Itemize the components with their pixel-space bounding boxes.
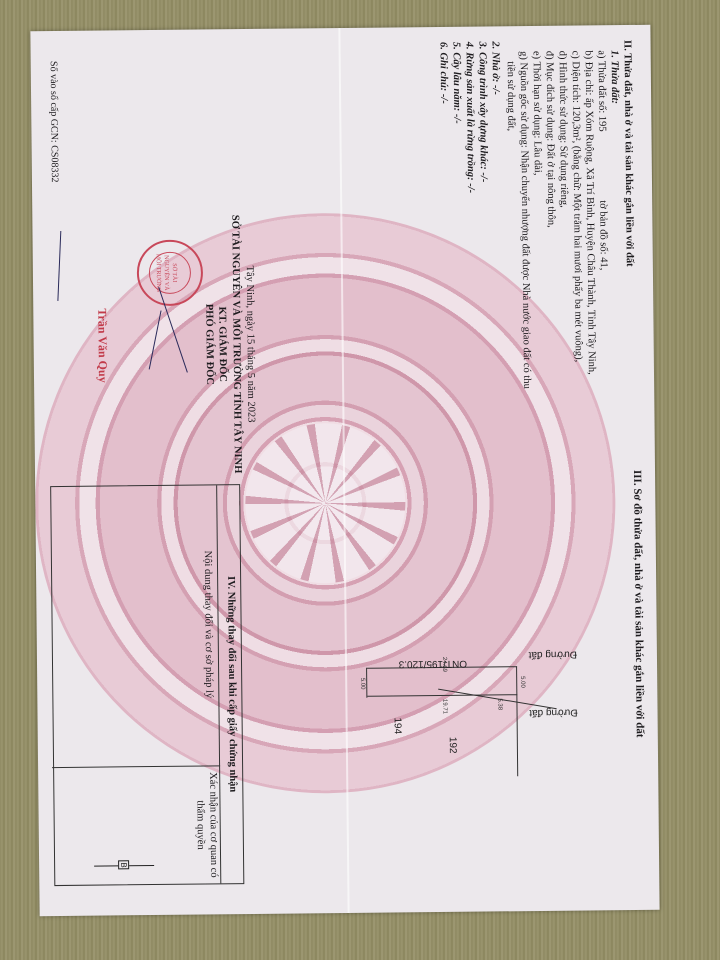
dim-side: 19.71	[441, 699, 447, 714]
parcel-bottom-edge	[366, 668, 367, 698]
perennial-item: 5. Cây lâu năm: -/-	[449, 42, 462, 124]
map-sheet-number: tờ bản đồ số: 41,	[596, 200, 609, 270]
house-item: 2. Nhà ở: -/-	[488, 41, 501, 95]
dim-end-top: 5.00	[519, 676, 525, 688]
signer-name: Trần Văn Quy	[95, 215, 110, 475]
neighbor-parcel-192: 192	[447, 737, 458, 754]
usage-purpose: đ) Mục đích sử dụng: Đất ở tại nông thôn…	[542, 51, 556, 228]
neighbor-parcel-194: 194	[392, 717, 403, 734]
section-iii-title: III. Sơ đồ thửa đất, nhà ở và tài sản kh…	[631, 470, 646, 738]
plot-map: ONT/195/120.3 Đường đất Đường đất 192 19…	[347, 645, 599, 848]
section-ii-sub1: 1. Thửa đất:	[607, 50, 620, 104]
registry-signature	[57, 231, 61, 301]
note-item: 6. Ghi chú: -/-	[436, 42, 449, 104]
parcel-top-edge	[516, 666, 518, 776]
dim-end-bottom: 5.00	[359, 678, 365, 690]
usage-term: e) Thời hạn sử dụng: Lâu dài,	[529, 51, 543, 176]
parcel-right-edge	[367, 694, 517, 697]
parcel-number: a) Thửa đất số: 195	[594, 50, 607, 131]
dim-top: 5.38	[496, 698, 502, 710]
official-stamp: SỞ TÀI NGUYÊN VÀ MÔI TRƯỜNG	[137, 239, 204, 306]
road-label-top: Đường đất	[529, 707, 577, 719]
certificate-content: II. Thửa đất, nhà ở và tài sản khác gắn …	[30, 25, 659, 916]
other-construction-item: 3. Công trình xây dựng khác: -/-	[475, 41, 489, 182]
section-ii-title: II. Thửa đất, nhà ở và tài sản khác gắn …	[620, 40, 635, 267]
forest-item: 4. Rừng sản xuất là rừng trồng: -/-	[462, 42, 476, 194]
land-certificate-sheet: II. Thửa đất, nhà ở và tài sản khác gắn …	[30, 25, 659, 916]
usage-form: d) Hình thức sử dụng: Sử dụng riêng,	[555, 51, 569, 208]
road-label-right: Đường đất	[529, 649, 577, 661]
usage-origin-cont: tiền sử dụng đất,	[503, 61, 516, 131]
authority-confirmation-header: Xác nhận của cơ quan có thẩm quyền	[193, 767, 219, 882]
registry-number: Số vào sổ cấp GCN: CS08332	[46, 61, 60, 183]
dim-long: 24.69	[441, 657, 447, 672]
parcel-label: ONT/195/120.3	[399, 658, 467, 670]
stamp-text: SỞ TÀI NGUYÊN VÀ MÔI TRƯỜNG	[149, 252, 191, 294]
star-emblem-icon	[245, 422, 407, 584]
